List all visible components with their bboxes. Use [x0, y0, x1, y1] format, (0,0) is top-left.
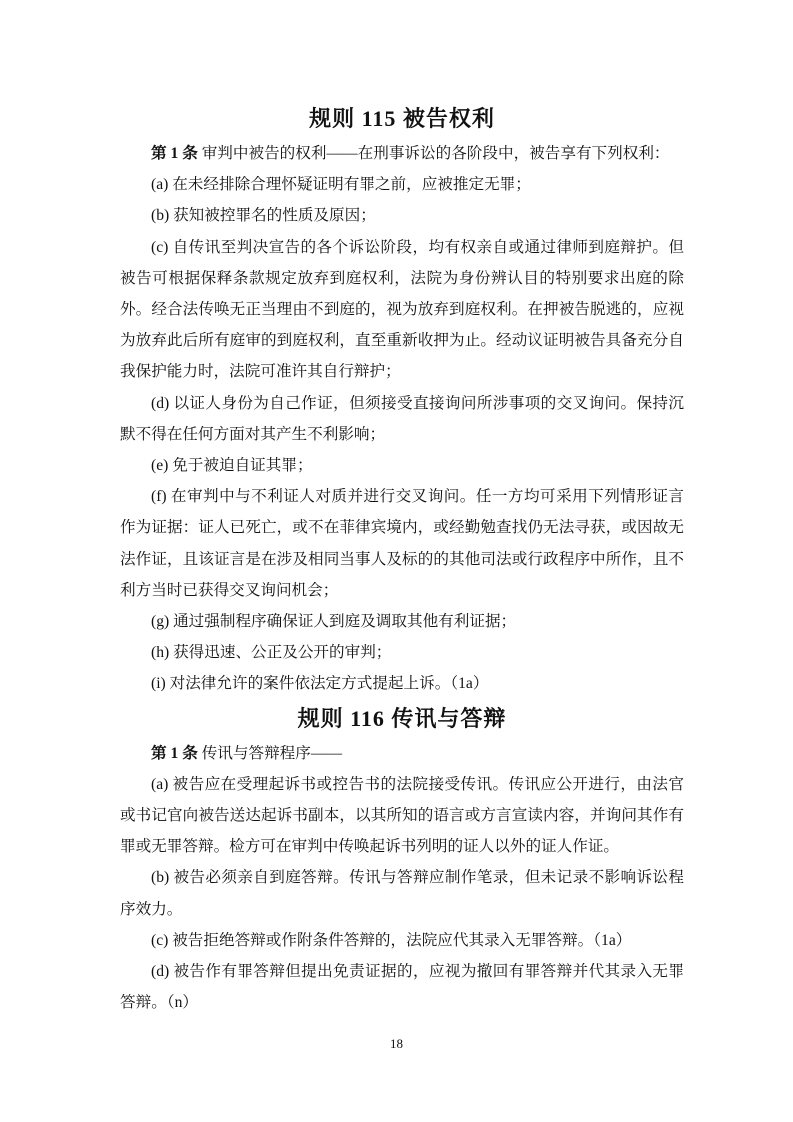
- page-number: 18: [0, 1036, 793, 1052]
- rule-116-item-d: (d) 被告作有罪答辩但提出免责证据的，应视为撤回有罪答辩并代其录入无罪答辩。（…: [120, 956, 684, 1018]
- rule-115-item-c: (c) 自传讯至判决宣告的各个诉讼阶段，均有权亲自或通过律师到庭辩护。但被告可根…: [120, 232, 684, 388]
- rule-116-item-b: (b) 被告必须亲自到庭答辩。传讯与答辩应制作笔录，但未记录不影响诉讼程序效力。: [120, 862, 684, 924]
- rule-115-item-g: (g) 通过强制程序确保证人到庭及调取其他有利证据；: [120, 606, 684, 637]
- rule-115-item-i: (i) 对法律允许的案件依法定方式提起上诉。（1a）: [120, 668, 684, 699]
- rule-116-item-c: (c) 被告拒绝答辩或作附条件答辩的，法院应代其录入无罪答辩。（1a）: [120, 925, 684, 956]
- section-text: 传讯与答辩程序——: [198, 745, 342, 762]
- rule-115-heading: 规则 115 被告权利: [120, 100, 684, 138]
- rule-115-item-e: (e) 免于被迫自证其罪；: [120, 450, 684, 481]
- rule-115-item-b: (b) 获知被控罪名的性质及原因；: [120, 200, 684, 231]
- document-page: 规则 115 被告权利 第 1 条 审判中被告的权利——在刑事诉讼的各阶段中，被…: [120, 100, 684, 1018]
- rule-115-section-1: 第 1 条 审判中被告的权利——在刑事诉讼的各阶段中，被告享有下列权利：: [120, 138, 684, 169]
- rule-115-item-a: (a) 在未经排除合理怀疑证明有罪之前，应被推定无罪；: [120, 169, 684, 200]
- section-text: 审判中被告的权利——在刑事诉讼的各阶段中，被告享有下列权利：: [198, 145, 670, 162]
- rule-116-section-1: 第 1 条 传讯与答辩程序——: [120, 738, 684, 769]
- rule-116-heading: 规则 116 传讯与答辩: [120, 700, 684, 738]
- rule-116-item-a: (a) 被告应在受理起诉书或控告书的法院接受传讯。传讯应公开进行，由法官或书记官…: [120, 769, 684, 863]
- section-label: 第 1 条: [151, 145, 198, 162]
- rule-115-item-h: (h) 获得迅速、公正及公开的审判；: [120, 637, 684, 668]
- rule-115-item-f: (f) 在审判中与不利证人对质并进行交叉询问。任一方均可采用下列情形证言作为证据…: [120, 481, 684, 606]
- rule-115-item-d: (d) 以证人身份为自己作证，但须接受直接询问所涉事项的交叉询问。保持沉默不得在…: [120, 388, 684, 450]
- section-label: 第 1 条: [151, 745, 198, 762]
